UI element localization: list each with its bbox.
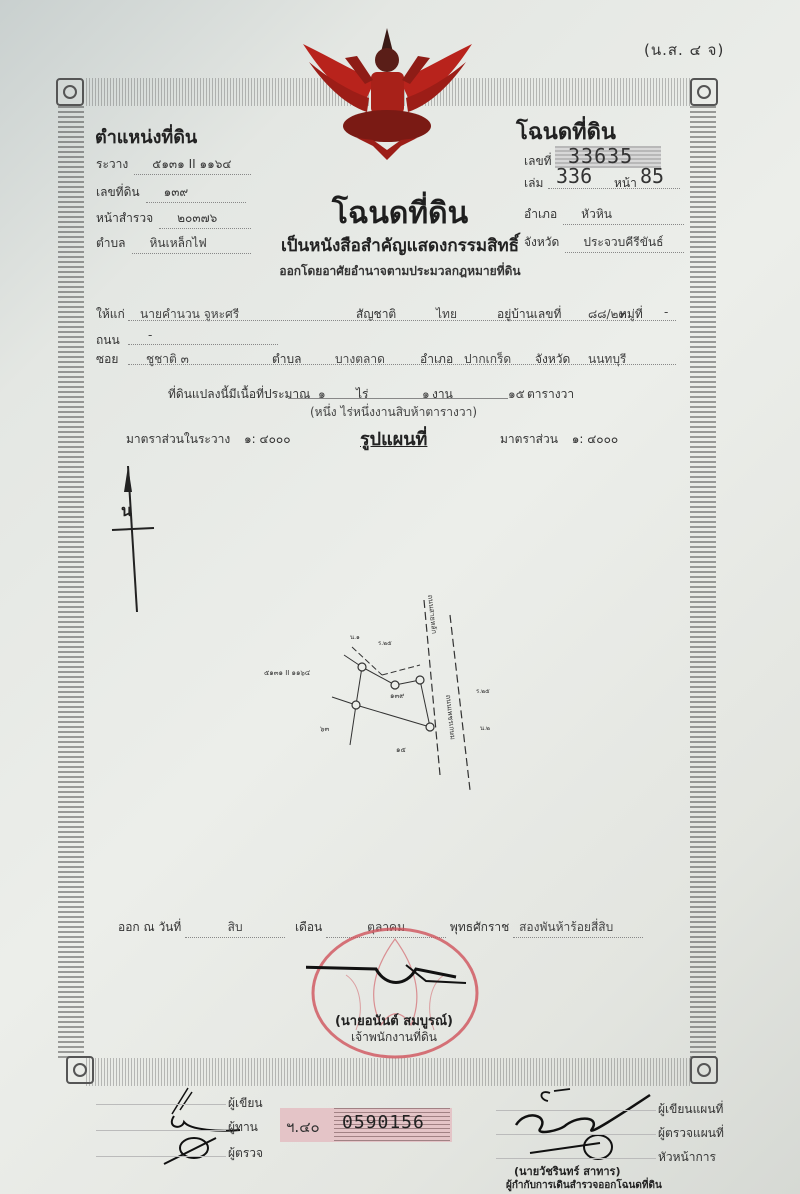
survey-page-value: ๒๐๓๗๖	[159, 209, 251, 229]
reader-label: ผู้ทาน	[228, 1118, 258, 1137]
owner-subdistrict-label: ตำบล	[272, 350, 302, 369]
area-rai: ๑	[318, 385, 326, 404]
head-label: หัวหน้าการ	[658, 1148, 716, 1167]
moo-value: -	[664, 305, 668, 319]
house-number-label: อยู่บ้านเลขที่	[497, 305, 561, 324]
document-subtitle: เป็นหนังสือสำคัญแสดงกรรมสิทธิ์	[260, 232, 540, 259]
svg-text:ร.๒๕: ร.๒๕	[378, 640, 392, 647]
corner-ornament-icon	[66, 1056, 94, 1084]
wa-label: ตารางวา	[527, 385, 574, 404]
border-left	[58, 106, 84, 1058]
svg-text:น.๒: น.๒	[480, 725, 490, 732]
svg-text:น.๑: น.๑	[350, 634, 360, 641]
svg-text:ถนนเพชรเกษม: ถนนเพชรเกษม	[444, 694, 457, 740]
area-label: ที่ดินแปลงนี้มีเนื้อที่ประมาณ	[168, 385, 310, 404]
north-arrow-icon: น	[108, 462, 158, 622]
rai-label: ไร่	[356, 385, 368, 404]
corner-ornament-icon	[690, 1056, 718, 1084]
owner-province-label: จังหวัด	[535, 350, 570, 369]
map-writer-label: ผู้เขียนแผนที่	[658, 1100, 723, 1119]
subdistrict-value: หินเหล็กไฟ	[132, 234, 251, 254]
soi-value: ชูชาติ ๓	[146, 350, 189, 369]
map-checker-label: ผู้ตรวจแผนที่	[658, 1124, 724, 1143]
deed-district-value: หัวหิน	[563, 205, 684, 225]
form-code: (น.ส. ๔ จ)	[644, 38, 724, 62]
soi-label: ซอย	[96, 350, 118, 369]
road-label: ถนน	[96, 331, 120, 350]
corner-ornament-icon	[56, 78, 84, 106]
owner-district-label: อำเภอ	[420, 350, 453, 369]
map-title: รูปแผนที่	[360, 424, 427, 453]
svg-text:๑๓๙: ๑๓๙	[390, 692, 404, 700]
svg-text:ถนนสายหลัก: ถนนสายหลัก	[426, 594, 438, 634]
road-value: -	[148, 328, 152, 342]
svg-text:๑๕: ๑๕	[396, 746, 406, 754]
field-map-sheet: ระวาง ๕๑๓๑ II ๑๑๖๔	[96, 155, 251, 175]
area-ngan: ๑	[422, 385, 430, 404]
area-line	[288, 398, 508, 399]
parcel-number-value: ๑๓๙	[146, 183, 246, 203]
svg-text:ร.๒๕: ร.๒๕	[476, 688, 490, 695]
official-title: เจ้าพนักงานที่ดิน	[304, 1028, 484, 1047]
parcel-sketch-map: ถนนสายหลัก ถนนเพชรเกษม ๑๓๙ ๕๑๓๑ II ๑๑๖๔ …	[250, 575, 510, 805]
dotted-line	[548, 188, 680, 189]
page-number: 85	[640, 164, 664, 188]
field-subdistrict: ตำบล หินเหล็กไฟ	[96, 234, 251, 254]
dotted-line	[128, 344, 278, 345]
checker-label: ผู้ตรวจ	[228, 1144, 263, 1163]
owner-province-value: นนทบุรี	[588, 350, 626, 369]
border-right	[690, 106, 716, 1058]
dotted-line	[128, 364, 676, 365]
owner-row: ให้แก่	[96, 305, 125, 324]
field-deed-district: อำเภอ หัวหิน	[524, 205, 684, 225]
land-title-deed: (น.ส. ๔ จ) ตำแหน่งที่ดิน ระวาง ๕๑๓๑ II ๑…	[0, 0, 800, 1194]
writer-label: ผู้เขียน	[228, 1094, 263, 1113]
map-sheet-value: ๕๑๓๑ II ๑๑๖๔	[134, 155, 251, 175]
signature-line	[96, 1130, 226, 1131]
field-deed-province: จังหวัด ประจวบคีรีขันธ์	[524, 233, 684, 253]
head-note: ผู้กำกับการเดินสำรวจออกโฉนดที่ดิน	[506, 1178, 662, 1193]
field-survey-page: หน้าสำรวจ ๒๐๓๗๖	[96, 209, 251, 229]
deed-province-value: ประจวบคีรีขันธ์	[565, 233, 684, 253]
field-parcel-number: เลขที่ดิน ๑๓๙	[96, 183, 246, 203]
svg-text:๖๓: ๖๓	[320, 725, 329, 733]
owner-subdistrict-value: บางตลาด	[335, 350, 385, 369]
issue-day: สิบ	[185, 918, 285, 938]
issue-year: สองพันห้าร้อยสี่สิบ	[513, 918, 643, 938]
serial-number: 0590156	[342, 1112, 425, 1133]
document-title: โฉนดที่ดิน	[270, 190, 530, 237]
nationality-value: ไทย	[436, 305, 457, 324]
svg-text:น: น	[121, 501, 132, 520]
owner-district-value: ปากเกร็ด	[464, 350, 511, 369]
moo-label: หมู่ที่	[619, 305, 643, 324]
area-wa: ๑๕	[508, 385, 525, 404]
map-scale: มาตราส่วน ๑: ๔๐๐๐	[500, 430, 618, 449]
signature-line	[96, 1156, 226, 1157]
signature-line	[496, 1134, 656, 1135]
page-label: หน้า	[614, 174, 637, 193]
area-in-words: (หนึ่ง ไร่หนึ่งงานสิบห้าตารางวา)	[310, 403, 477, 422]
sheet-scale: มาตราส่วนในระวาง ๑: ๔๐๐๐	[126, 430, 291, 449]
signature-line	[496, 1158, 656, 1159]
signature-line	[496, 1110, 656, 1111]
document-authority: ออกโดยอาศัยอำนาจตามประมวลกฎหมายที่ดิน	[230, 262, 570, 281]
nationality-label: สัญชาติ	[356, 305, 396, 324]
deed-number-label: เลขที่	[524, 152, 552, 171]
owner-name: นายคำนวน จูหะศรี	[140, 305, 239, 324]
location-title: ตำแหน่งที่ดิน	[95, 122, 197, 151]
book-number: 336	[556, 164, 592, 188]
dotted-line	[128, 320, 676, 321]
signature-line	[96, 1104, 226, 1105]
ngan-label: งาน	[432, 385, 453, 404]
garuda-emblem-icon	[295, 22, 480, 162]
book-label: เล่ม	[524, 174, 543, 193]
serial-prefix: ฯ.๔๐	[286, 1115, 320, 1139]
svg-text:๕๑๓๑ II ๑๑๖๔: ๕๑๓๑ II ๑๑๖๔	[264, 669, 310, 677]
corner-ornament-icon	[690, 78, 718, 106]
map-signature-marks	[510, 1085, 680, 1165]
